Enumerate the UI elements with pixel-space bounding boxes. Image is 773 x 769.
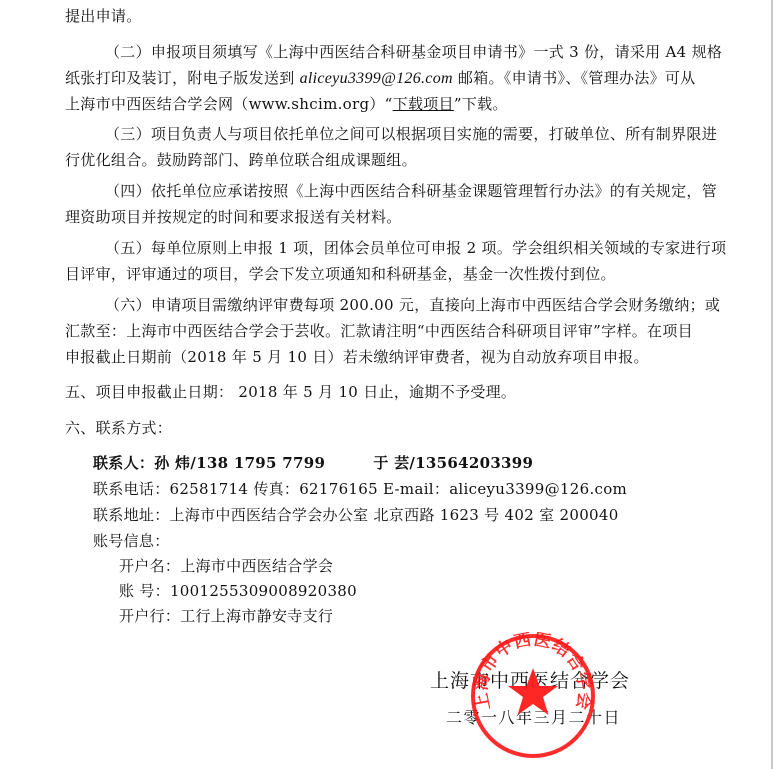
contact-person-1: 孙 炜/138 1795 7799 <box>154 454 325 472</box>
paragraph-line: （三）项目负责人与项目依托单位之间可以根据项目实施的需要，打破单位、所有制界限进 <box>105 124 717 144</box>
contact-person-2: 于 芸/13564203399 <box>373 454 533 472</box>
account-header: 账号信息： <box>93 531 170 551</box>
official-seal-icon: 上海市中西医结合学会 <box>469 632 597 760</box>
signature-date: 二零一八年三月二十日 <box>446 705 621 728</box>
contact-persons: 联系人：孙 炜/138 1795 7799于 芸/13564203399 <box>93 453 533 473</box>
document-page: 提出申请。 （二）申报项目须填写《上海中西医结合科研基金项目申请书》一式 3 份… <box>0 0 773 769</box>
paragraph-line: 纸张打印及装订，附电子版发送到 aliceyu3399@126.com 邮箱。《… <box>65 68 696 89</box>
account-number: 账 号：1001255309008920380 <box>119 581 357 601</box>
paragraph-line: 行优化组合。鼓励跨部门、跨单位联合组成课题组。 <box>65 150 417 170</box>
text-segment: 邮箱。《申请书》、《管理办法》可从 <box>453 69 696 87</box>
paragraph-line: 上海市中西医结合学会网（www.shcim.org）“下载项目”下载。 <box>65 94 508 114</box>
paragraph-line: （五）每单位原则上申报 1 项，团体会员单位可申报 2 项。学会组织相关领域的专… <box>105 238 726 258</box>
section-heading: 六、联系方式： <box>65 418 172 438</box>
paragraph-line: 理资助项目并按规定的时间和要求报送有关材料。 <box>65 207 402 227</box>
contact-address: 联系地址：上海市中西医结合学会办公室 北京西路 1623 号 402 室 200… <box>93 505 619 525</box>
text-segment: 纸张打印及装订，附电子版发送到 <box>65 69 300 87</box>
contact-phone: 联系电话：62581714 传真：62176165 E-mail：aliceyu… <box>93 479 627 499</box>
paragraph-line: （二）申报项目须填写《上海中西医结合科研基金项目申请书》一式 3 份，请采用 A… <box>105 42 722 62</box>
account-name: 开户名：上海市中西医结合学会 <box>119 556 333 576</box>
paragraph-line: 目评审，评审通过的项目，学会下发立项通知和科研基金，基金一次性拨付到位。 <box>65 264 616 284</box>
paragraph-line: 提出申请。 <box>65 6 142 26</box>
contact-label: 联系人： <box>93 454 154 472</box>
section-heading: 五、项目申报截止日期： 2018 年 5 月 10 日止，逾期不予受理。 <box>65 382 516 402</box>
paragraph-line: 汇款至：上海市中西医结合学会于芸收。汇款请注明“中西医结合科研项目评审”字样。在… <box>65 321 693 341</box>
text-segment: 上海市中西医结合学会网（www.shcim.org）“ <box>65 95 393 113</box>
paragraph-line: （四）依托单位应承诺按照《上海中西医结合科研基金课题管理暂行办法》的有关规定，管 <box>105 181 717 201</box>
signature-organization: 上海市中西医结合学会 <box>430 666 630 693</box>
email-link[interactable]: aliceyu3399@126.com <box>300 70 453 87</box>
text-segment: ”下载。 <box>454 95 508 113</box>
paragraph-line: （六）申请项目需缴纳评审费每项 200.00 元，直接向上海市中西医结合学会财务… <box>105 295 720 315</box>
download-project-link[interactable]: 下载项目 <box>393 95 454 113</box>
account-bank: 开户行：工行上海市静安寺支行 <box>119 606 333 626</box>
paragraph-line: 申报截止日期前（2018 年 5 月 10 日）若未缴纳评审费者，视为自动放弃项… <box>65 347 649 367</box>
